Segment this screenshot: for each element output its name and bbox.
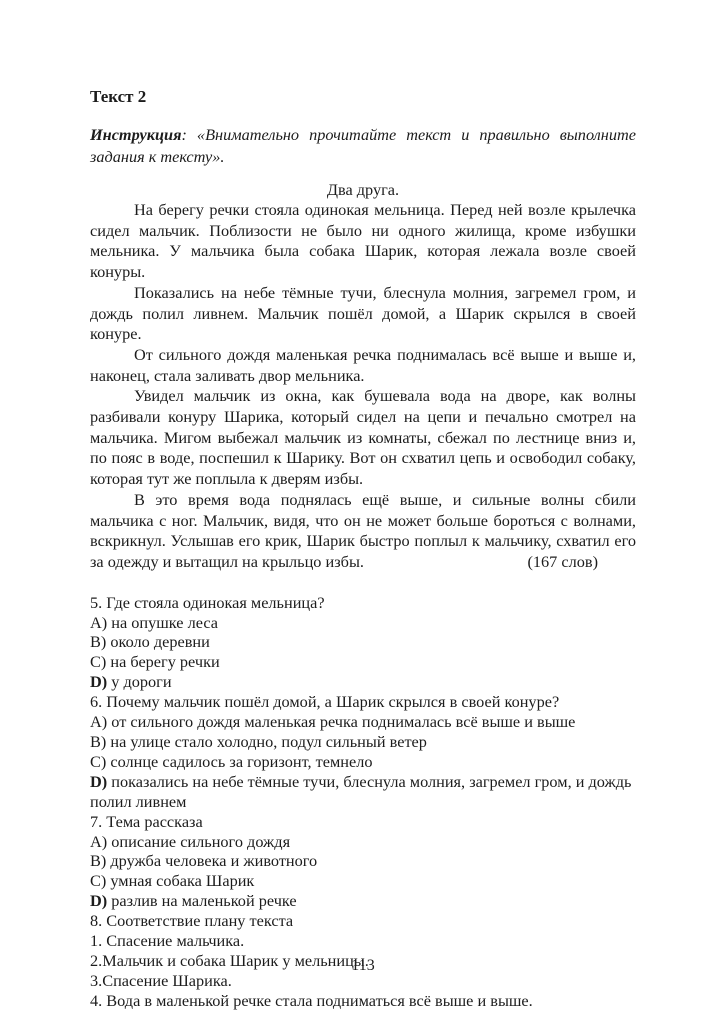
story-paragraph: На берегу речки стояла одинокая мельница…: [90, 200, 636, 283]
document-page: Текст 2 Инструкция: «Внимательно прочита…: [0, 0, 725, 1024]
option-letter: A): [90, 712, 107, 731]
story-title: Два друга.: [90, 179, 636, 200]
instruction-label: Инструкция: [90, 125, 182, 144]
answer-option: D) разлив на маленькой речке: [90, 891, 636, 911]
option-text: у дороги: [111, 672, 171, 691]
answer-option: A) на опушке леса: [90, 613, 636, 633]
option-letter: A): [90, 832, 107, 851]
page-number: 113: [90, 956, 636, 976]
story-paragraph: Показались на небе тёмные тучи, блеснула…: [90, 283, 636, 345]
answer-option: A) от сильного дождя маленькая речка под…: [90, 712, 636, 732]
option-letter: C): [90, 871, 106, 890]
question-text: 5. Где стояла одинокая мельница?: [90, 593, 636, 613]
answer-option: B) около деревни: [90, 632, 636, 652]
word-count: (167 слов): [527, 552, 598, 573]
question-text: 6. Почему мальчик пошёл домой, а Шарик с…: [90, 692, 636, 712]
option-text: разлив на маленькой речке: [111, 891, 296, 910]
option-text: солнце садилось за горизонт, темнело: [110, 752, 372, 771]
question-text: 7. Тема рассказа: [90, 812, 636, 832]
option-text: умная собака Шарик: [110, 871, 254, 890]
option-letter: B): [90, 732, 106, 751]
questions-section: 5. Где стояла одинокая мельница? A) на о…: [90, 593, 636, 1011]
answer-option: B) дружба человека и животного: [90, 851, 636, 871]
question-block-7: 7. Тема рассказа A) описание сильного до…: [90, 812, 636, 912]
question-text: 8. Соответствие плану текста: [90, 911, 636, 931]
story-paragraph: В это время вода поднялась ещё выше, и с…: [90, 490, 636, 573]
doc-title: Текст 2: [90, 86, 636, 108]
answer-option: D) у дороги: [90, 672, 636, 692]
option-letter: C): [90, 652, 106, 671]
option-letter: D): [90, 672, 107, 691]
question-block-6: 6. Почему мальчик пошёл домой, а Шарик с…: [90, 692, 636, 811]
option-letter: B): [90, 632, 106, 651]
option-text: на улице стало холодно, подул сильный ве…: [110, 732, 427, 751]
option-letter: D): [90, 772, 107, 791]
plan-item: 1. Спасение мальчика.: [90, 931, 636, 951]
option-text: на берегу речки: [110, 652, 219, 671]
answer-option: C) на берегу речки: [90, 652, 636, 672]
answer-option: C) умная собака Шарик: [90, 871, 636, 891]
answer-option: D) показались на небе тёмные тучи, блесн…: [90, 772, 636, 812]
option-text: дружба человека и животного: [110, 851, 317, 870]
option-text: на опушке леса: [111, 613, 218, 632]
option-text: описание сильного дождя: [111, 832, 290, 851]
option-text: около деревни: [110, 632, 209, 651]
option-letter: B): [90, 851, 106, 870]
story-paragraph: Увидел мальчик из окна, как бушевала вод…: [90, 386, 636, 490]
story-paragraph: От сильного дождя маленькая речка подним…: [90, 345, 636, 386]
answer-option: C) солнце садилось за горизонт, темнело: [90, 752, 636, 772]
document-content: Текст 2 Инструкция: «Внимательно прочита…: [90, 86, 636, 1011]
option-letter: A): [90, 613, 107, 632]
answer-option: A) описание сильного дождя: [90, 832, 636, 852]
instruction: Инструкция: «Внимательно прочитайте текс…: [90, 124, 636, 167]
option-text: показались на небе тёмные тучи, блеснула…: [90, 772, 631, 811]
question-block-5: 5. Где стояла одинокая мельница? A) на о…: [90, 593, 636, 693]
option-text: от сильного дождя маленькая речка подним…: [111, 712, 575, 731]
option-letter: C): [90, 752, 106, 771]
option-letter: D): [90, 891, 107, 910]
answer-option: B) на улице стало холодно, подул сильный…: [90, 732, 636, 752]
plan-item: 4. Вода в маленькой речке стала поднимат…: [90, 991, 636, 1011]
